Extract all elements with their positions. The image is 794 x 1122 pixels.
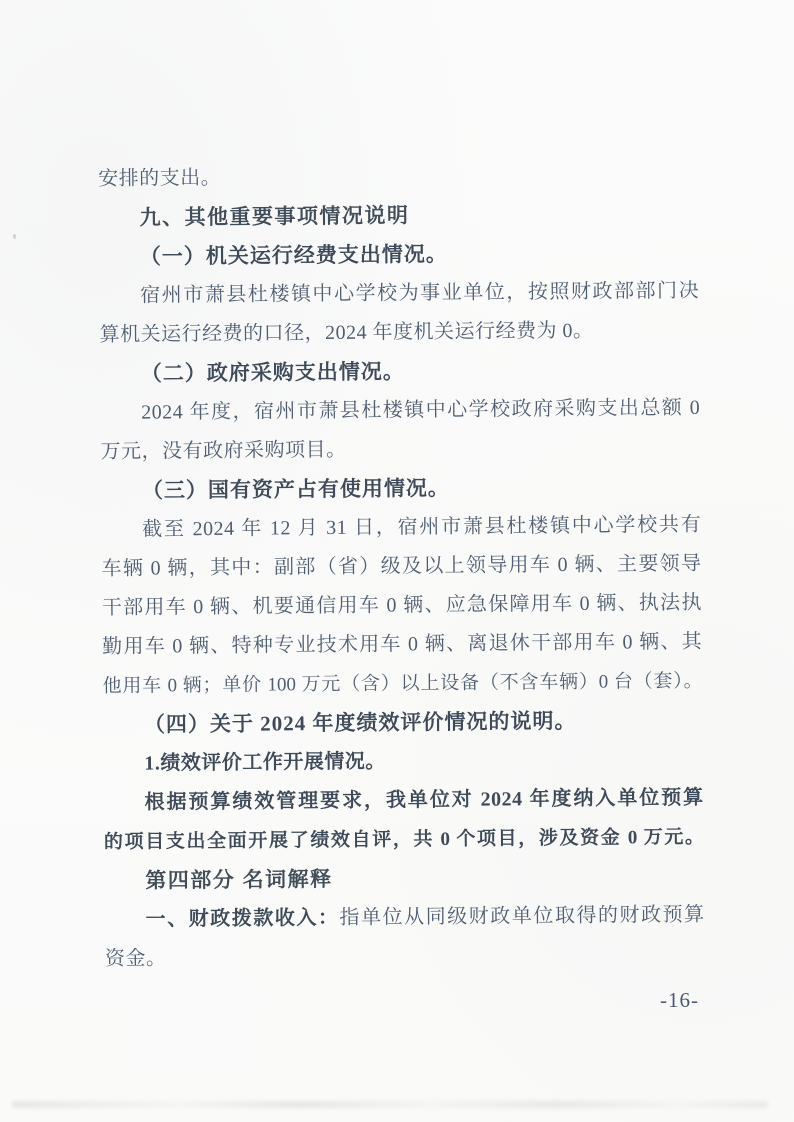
paragraph-line: 截至 2024 年 12 月 31 日，宿州市萧县杜楼镇中心学校共有: [101, 506, 701, 550]
subheading-performance-evaluation: （四）关于 2024 年度绩效评价情况的说明。: [103, 701, 703, 745]
paragraph-line: 2024 年度，宿州市萧县杜楼镇中心学校政府采购支出总额 0: [100, 389, 700, 433]
document-page: 安排的支出。 九、其他重要事项情况说明 （一）机关运行经费支出情况。 宿州市萧县…: [0, 0, 794, 1122]
subheading-performance-work: 1.绩效评价工作开展情况。: [103, 740, 703, 784]
subheading-state-assets: （三）国有资产占有使用情况。: [101, 467, 701, 511]
term-definition: 指单位从同级财政单位取得的财政预算: [339, 904, 704, 929]
paragraph-line: 万元，没有政府采购项目。: [100, 428, 700, 472]
paragraph-line-bold: 根据预算绩效管理要求，我单位对 2024 年度纳入单位预算: [103, 779, 703, 823]
paragraph-continuation-line: 安排的支出。: [98, 155, 698, 199]
paragraph-line: 宿州市萧县杜楼镇中心学校为事业单位，按照财政部部门决: [99, 272, 699, 316]
paragraph-line-mixed: 一、财政拨款收入：指单位从同级财政单位取得的财政预算: [104, 896, 704, 940]
section-heading-other-matters: 九、其他重要事项情况说明: [98, 194, 698, 238]
scan-smudge: [12, 1101, 768, 1108]
paragraph-line: 他用车 0 辆；单价 100 万元（含）以上设备（不含车辆）0 台（套）。: [102, 662, 702, 706]
paragraph-line: 勤用车 0 辆、特种专业技术用车 0 辆、离退休干部用车 0 辆、其: [102, 623, 702, 667]
term-label: 一、财政拨款收入：: [146, 907, 340, 931]
subheading-agency-operating-expense: （一）机关运行经费支出情况。: [99, 233, 699, 277]
paragraph-line: 资金。: [105, 935, 705, 979]
paragraph-line: 算机关运行经费的口径，2024 年度机关运行经费为 0。: [99, 311, 699, 355]
subheading-government-procurement: （二）政府采购支出情况。: [100, 350, 700, 394]
page-body-text: 安排的支出。 九、其他重要事项情况说明 （一）机关运行经费支出情况。 宿州市萧县…: [98, 155, 705, 979]
paragraph-line-bold: 的项目支出全面开展了绩效自评，共 0 个项目，涉及资金 0 万元。: [104, 818, 704, 862]
page-number: -16-: [660, 988, 699, 1013]
scan-speck: [13, 234, 16, 239]
paragraph-line: 干部用车 0 辆、机要通信用车 0 辆、应急保障用车 0 辆、执法执: [102, 584, 702, 628]
section-heading-glossary: 第四部分 名词解释: [104, 857, 704, 901]
paragraph-line: 车辆 0 辆，其中：副部（省）级及以上领导用车 0 辆、主要领导: [101, 545, 701, 589]
